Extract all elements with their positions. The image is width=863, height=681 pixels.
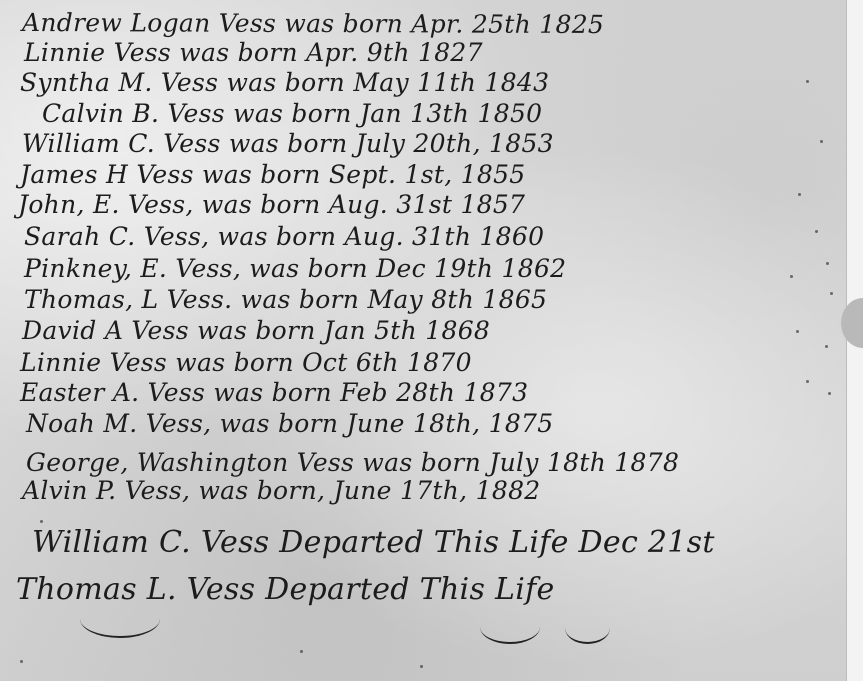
birth-entry: Noah M. Vess, was born June 18th, 1875 <box>26 409 553 438</box>
ink-speck <box>798 193 801 196</box>
birth-entry: Calvin B. Vess was born Jan 13th 1850 <box>42 99 542 128</box>
birth-entry: Thomas, L Vess. was born May 8th 1865 <box>24 285 547 314</box>
ink-speck <box>806 80 809 83</box>
birth-entry: Syntha M. Vess was born May 11th 1843 <box>20 68 549 97</box>
birth-entry: Pinkney, E. Vess, was born Dec 19th 1862 <box>24 254 566 283</box>
ink-speck <box>828 392 831 395</box>
ink-speck <box>826 262 829 265</box>
birth-entry: James H Vess was born Sept. 1st, 1855 <box>20 160 526 189</box>
birth-entry: David A Vess was born Jan 5th 1868 <box>22 316 490 345</box>
ink-speck <box>806 380 809 383</box>
ink-flourish <box>480 610 540 644</box>
ink-speck <box>20 660 23 663</box>
handwritten-record-page: Andrew Logan Vess was born Apr. 25th 182… <box>0 0 847 681</box>
birth-entry: Sarah C. Vess, was born Aug. 31th 1860 <box>24 222 544 251</box>
birth-entry: George, Washington Vess was born July 18… <box>26 448 679 477</box>
ink-speck <box>796 330 799 333</box>
death-entry: William C. Vess Departed This Life Dec 2… <box>32 525 715 560</box>
birth-entry: John, E. Vess, was born Aug. 31st 1857 <box>18 190 525 219</box>
birth-entry: Alvin P. Vess, was born, June 17th, 1882 <box>22 476 541 505</box>
ink-speck <box>815 230 818 233</box>
ink-flourish <box>565 612 610 644</box>
birth-entry: Andrew Logan Vess was born Apr. 25th 182… <box>22 8 604 39</box>
birth-entry: Easter A. Vess was born Feb 28th 1873 <box>20 378 528 407</box>
ink-speck <box>830 292 833 295</box>
ink-speck <box>790 275 793 278</box>
birth-entry: Linnie Vess was born Oct 6th 1870 <box>20 348 472 377</box>
scan-frame: Andrew Logan Vess was born Apr. 25th 182… <box>0 0 863 681</box>
ink-speck <box>420 665 423 668</box>
ink-speck <box>820 140 823 143</box>
ink-flourish <box>80 600 160 638</box>
birth-entry: Linnie Vess was born Apr. 9th 1827 <box>24 38 483 67</box>
ink-speck <box>825 345 828 348</box>
ink-speck <box>40 520 43 523</box>
ink-speck <box>300 650 303 653</box>
birth-entry: William C. Vess was born July 20th, 1853 <box>22 129 554 158</box>
